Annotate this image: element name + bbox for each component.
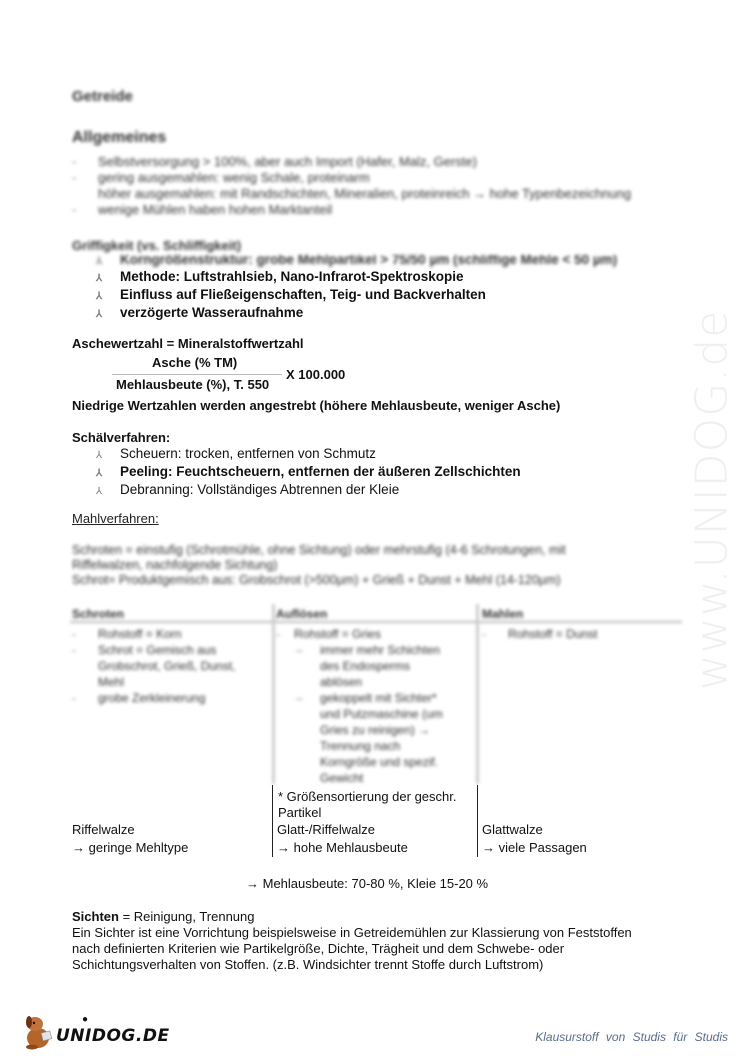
mehlausbeute-result: → Mehlausbeute: 70-80 %, Kleie 15-20 % [246, 876, 488, 891]
footer-tagline: Klausurstoff von Studis für Studis [535, 1030, 728, 1044]
bullet-icon: ⅄ [96, 271, 120, 287]
fraction-bar [112, 374, 282, 375]
table-column-divider [272, 785, 273, 857]
table-column-mahlen: Mahlen -Rohstoff = Dunst [482, 606, 677, 642]
watermark: www.UNIDOG.de [687, 310, 738, 691]
intro-line: Schroten = einstufig (Schrotmühle, ohne … [72, 543, 566, 558]
griffigkeit-list: ⅄Korngrößenstruktur: grobe Mehlpartikel … [96, 255, 617, 323]
list-item: -wenige Mühlen haben hohen Marktanteil [72, 202, 631, 218]
sichten-line: nach definierten Kriterien wie Partikelg… [72, 941, 632, 957]
table-column-divider [272, 604, 275, 784]
bullet-icon: ⅄ [96, 466, 120, 482]
table-column-schroten: Schroten -Rohstoff = Korn -Schrot = Gemi… [72, 606, 267, 706]
sichten-line: Ein Sichter ist eine Vorrichtung beispie… [72, 925, 632, 941]
allgemeines-list: -Selbstversorgung > 100%, aber auch Impo… [72, 154, 631, 218]
paw-icon: ● [82, 1014, 88, 1025]
list-item: ⅄Debranning: Vollständiges Abtrennen der… [96, 482, 521, 500]
bullet-icon: ⅄ [96, 484, 120, 500]
column-footer: → geringe Mehltype [72, 840, 188, 855]
bullet-icon: ⅄ [96, 448, 120, 464]
bullet-icon: ⅄ [96, 289, 120, 305]
schaelverfahren-heading: Schälverfahren: [72, 430, 170, 445]
column-footer: Glattwalze [482, 822, 543, 837]
sichten-definition: = Reinigung, Trennung [119, 909, 255, 924]
sichten-description: Ein Sichter ist eine Vorrichtung beispie… [72, 925, 632, 973]
fraction-denominator: Mehlausbeute (%), T. 550 [116, 377, 269, 392]
fraction-numerator: Asche (% TM) [152, 355, 237, 370]
dog-logo-icon [22, 1012, 56, 1050]
column-header: Auflösen [276, 606, 471, 622]
column-footer: → hohe Mehlausbeute [277, 840, 408, 855]
column-note: * Größensortierung der geschr. Partikel [278, 789, 478, 821]
list-item: -gering ausgemahlen: wenig Schale, prote… [72, 170, 631, 186]
list-item: ⅄Scheuern: trocken, entfernen von Schmut… [96, 446, 521, 464]
intro-line: Riffelwalzen, nachfolgende Sichtung) [72, 558, 566, 573]
table-column-aufloesen: Auflösen -Rohstoff = Gries –immer mehr S… [276, 606, 471, 786]
list-item: ⅄verzögerte Wasseraufnahme [96, 305, 617, 323]
fraction-multiplier: X 100.000 [286, 367, 345, 382]
bullet-icon: ⅄ [96, 257, 120, 267]
schaelverfahren-list: ⅄Scheuern: trocken, entfernen von Schmut… [96, 446, 521, 500]
section-heading-allgemeines: Allgemeines [72, 129, 166, 147]
aschewertzahl-heading: Aschewertzahl = Mineralstoffwertzahl [72, 336, 304, 351]
list-item: ⅄Einfluss auf Fließeigenschaften, Teig- … [96, 287, 617, 305]
column-header: Schroten [72, 606, 267, 622]
table-column-divider [476, 604, 479, 784]
section-heading-griffigkeit: Griffigkeit (vs. Schliffigkeit) [72, 238, 241, 253]
sichten-line: Schichtungsverhalten von Stoffen. (z.B. … [72, 957, 632, 973]
column-footer: Riffelwalze [72, 822, 135, 837]
column-footer: → viele Passagen [482, 840, 587, 855]
intro-line: Schrot= Produktgemisch aus: Grobschrot (… [72, 573, 566, 588]
mahlverfahren-intro: Schroten = einstufig (Schrotmühle, ohne … [72, 543, 566, 588]
sichten-term: Sichten [72, 909, 119, 924]
list-item: höher ausgemahlen: mit Randschichten, Mi… [72, 186, 631, 202]
unidog-logo: UNIDOG.DE [56, 1026, 170, 1046]
aschewertzahl-note: Niedrige Wertzahlen werden angestrebt (h… [72, 398, 560, 413]
column-footer: Glatt-/Riffelwalze [277, 822, 375, 837]
list-item: -Selbstversorgung > 100%, aber auch Impo… [72, 154, 631, 170]
column-header: Mahlen [482, 606, 677, 622]
list-item: ⅄Peeling: Feuchtscheuern, entfernen der … [96, 464, 521, 482]
mahlverfahren-heading: Mahlverfahren: [72, 511, 159, 526]
list-item: ⅄Methode: Luftstrahlsieb, Nano-Infrarot-… [96, 269, 617, 287]
bullet-icon: ⅄ [96, 307, 120, 323]
sichten-heading: Sichten = Reinigung, Trennung [72, 909, 255, 924]
list-item: ⅄Korngrößenstruktur: grobe Mehlpartikel … [96, 255, 617, 269]
page-title: Getreide [72, 88, 133, 105]
